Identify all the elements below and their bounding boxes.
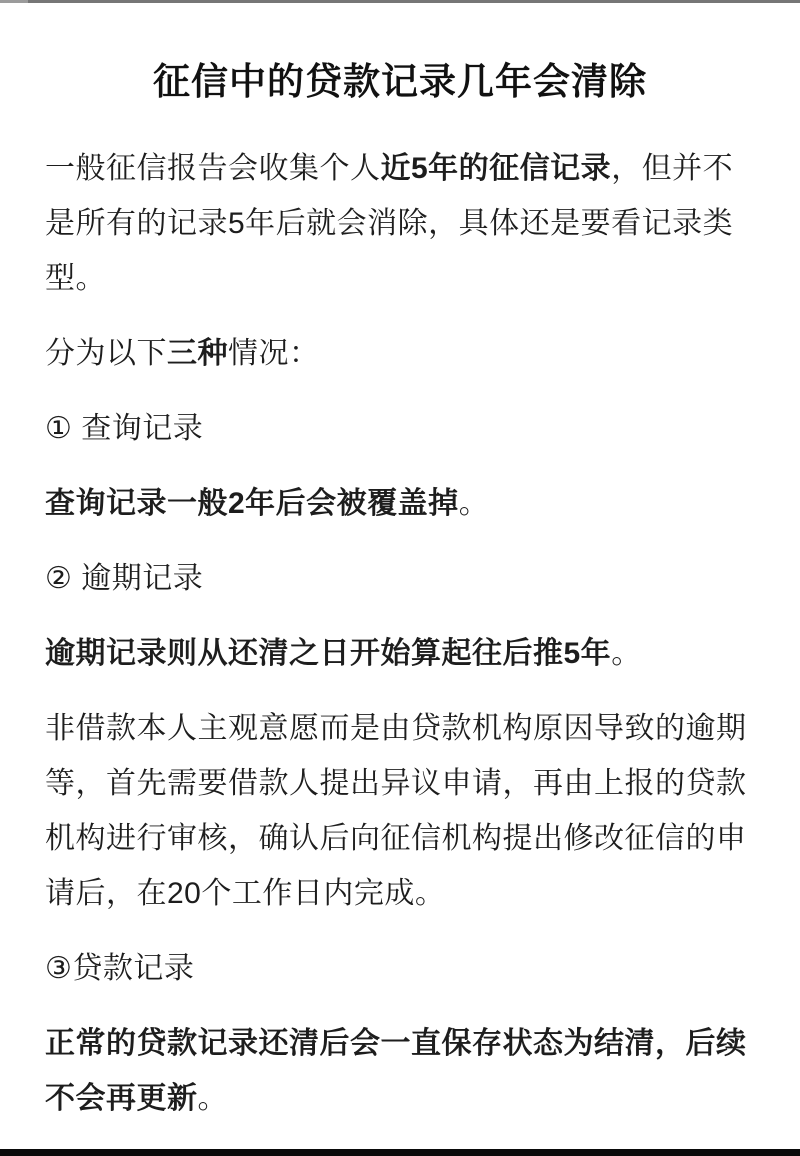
intro-paragraph: 一般征信报告会收集个人近5年的征信记录，但并不是所有的记录5年后就会消除，具体还… [45,141,755,306]
section-lead: 分为以下三种情况： [45,326,755,381]
item-1-detail: 查询记录一般2年后会被覆盖掉。 [45,476,755,531]
item-1-label: ① 查询记录 [45,401,755,456]
item-2-note: 非借款本人主观意愿而是由贷款机构原因导致的逾期等，首先需要借款人提出异议申请，再… [45,701,755,921]
item-3-detail: 正常的贷款记录还清后会一直保存状态为结清，后续不会再更新。 [45,1016,755,1126]
article-body: 征信中的贷款记录几年会清除 一般征信报告会收集个人近5年的征信记录，但并不是所有… [0,3,800,1146]
page-title: 征信中的贷款记录几年会清除 [45,57,755,107]
item-2-detail: 逾期记录则从还清之日开始算起往后推5年。 [45,626,755,681]
item-2-label: ② 逾期记录 [45,551,755,606]
item-3-label: ③贷款记录 [45,941,755,996]
bottom-border-bar [0,1149,800,1156]
